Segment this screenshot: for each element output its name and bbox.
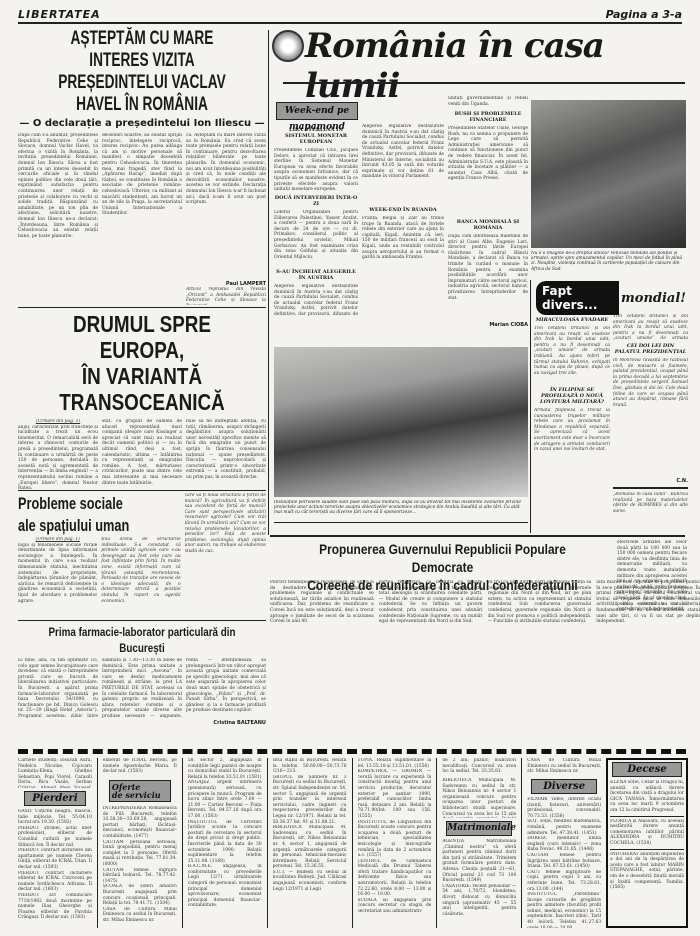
classified-ad: GRUPUL de Șantiere nr. 3 București cu se… [273, 775, 347, 825]
classified-ad: ÎNTREPRINDEREA Românească de Pilă Bucure… [103, 806, 177, 840]
classified-ad: S.U.T. — Budești cu sediul în localitate… [273, 870, 347, 892]
havel-col-3: că. Așteptăm cu mare interes vizita sa î… [186, 133, 266, 281]
item-text: Președintele Statelor Unite, George Bush… [448, 126, 528, 216]
source-note: „România în casa lumii”. Rubrică realiza… [613, 492, 688, 512]
photo-saudi-soldier [274, 347, 528, 497]
classified-ad: 58, sector 2, angajează în condițiile le… [188, 758, 262, 780]
weekend-box: Week-end pe mapamond [276, 102, 358, 120]
masthead: LIBERTATEA [18, 8, 101, 21]
classified-ad: TUPIA. Relații suplimentare la tel. 13.5… [358, 758, 432, 769]
havel-col-1: După cum s-a anunțat, președintele Repub… [18, 133, 98, 305]
farmacie-col-2: sâmbăta și 7.30—13.30 în zilele de dumin… [102, 658, 182, 720]
drumul-headline-2: ÎN VARIANTĂ TRANSOCEANICĂ [40, 363, 243, 415]
havel-headline-1: AȘTEPTĂM CU MARE INTERES VIZITA [53, 28, 232, 72]
havel-col-2: deosebiri noastre, au existat sprijin re… [102, 133, 182, 305]
classifieds-col-1: Carnete studenți: Iosuvan Aura, Nedelcu … [18, 758, 92, 928]
feature-col-2: Alegerile legislative desfășurate dumini… [362, 124, 444, 334]
probleme-article: Probleme sociale ale spațiului uman (Urm… [18, 493, 266, 637]
page-number: Pagina a 3-a [606, 8, 682, 21]
classified-ad: CAUTĂM persoană serioasă, bună gospodină… [103, 840, 177, 868]
classified-ad: BIBLIOTECA Municipală M. Sadoveanu cu se… [273, 825, 347, 870]
diverse-header: Diverse [531, 779, 597, 794]
havel-article: AȘTEPTĂM CU MARE INTERES VIZITA PREȘEDIN… [18, 28, 266, 305]
farmacie-author: Cristina BALTEANU [18, 720, 266, 726]
obituary: ELENA soție, Cezar și Dragoș fii, anunță… [610, 780, 684, 814]
farmacie-col-1: Ei bine, iată, că tim optimiști! Ici, co… [18, 658, 98, 720]
rule [274, 522, 528, 523]
fapt-divers-title-b: mondial! [621, 291, 686, 306]
item-head: LIRA STERLINĂ ÎN SISTEMUL MONETAR EUROPE… [274, 127, 358, 145]
item-text: Franța, Belgia și Zair au trimis trupe î… [362, 216, 444, 326]
drumul-headline-1: DRUMUL SPRE EUROPA, [40, 311, 243, 363]
havel-source-note: Articol reprodus din revista „Orizont” a… [186, 287, 266, 305]
classifieds-col-5: TUPIA. Relații suplimentare la tel. 13.5… [358, 758, 432, 928]
coreea-col-3: va trăi ca una dintre părți să impună vo… [488, 580, 592, 690]
classifieds-col-3: 58, sector 2, angajează în condițiile le… [188, 758, 262, 928]
havel-subhead: — O declarație a președintelui Ion Ilies… [18, 118, 266, 129]
item-head: DOUĂ INTERVEDERI ÎNTR-O ZI [274, 195, 358, 207]
classifieds-col-6: de 2 ani; paznic; muncitori necalificați… [442, 758, 516, 928]
coreea-col-5: efectivele armatei ale celor două părți … [617, 540, 687, 690]
classified-ad: GĂSIT Cuțiche neagră, mascul, talie mijl… [18, 809, 92, 826]
feature-col-1: LIRA STERLINĂ ÎN SISTEMUL MONETAR EUROPE… [274, 124, 358, 334]
header-rule [18, 22, 682, 24]
lead-text: unități guvernamentale și rebeli veniți … [448, 96, 528, 108]
classified-ad: Carnete studenți: Iosuvan Aura, Nedelcu … [18, 758, 92, 788]
decese-box: Decese ELENA soție, Cezar și Dragoș fii,… [606, 758, 688, 928]
feature-author: Marian CIOBA [448, 322, 528, 328]
item-text: Liderul Organizației pentru Eliberarea P… [274, 210, 358, 266]
item-head: ÎN FILIPINE SE PROFILEAZĂ O NOUĂ LOVITUR… [534, 387, 610, 405]
classified-ad: CAUTĂM femeie pentru îngrijirea unei băt… [527, 853, 601, 870]
fapt-divers-title-a: Fapt divers... [536, 281, 619, 315]
obituary: FLORICA și Anișoara, cu aceeași nesfârși… [610, 819, 684, 847]
classified-ad: SOȚ, soție, meditez matematică, română, … [527, 819, 601, 836]
classified-ad: ȘCOALA de șoferi amatori București angaj… [103, 884, 177, 906]
classified-ad: R.A.C.M.E. angajează, în conformitate cu… [188, 864, 262, 909]
item-text: Armata filipineză a trecut la cunoaștere… [534, 408, 610, 534]
item-text-cont: Trei cetățeni britanici și doi americani… [613, 314, 688, 340]
photo-2-caption: Instalațiile petroliere saudite sunt pus… [274, 500, 528, 520]
classified-ad: PIERDUT contract închiriere eliberat de … [18, 871, 92, 893]
feature-col-3: unități guvernamentale și rebeli veniți … [448, 96, 528, 336]
column-divider [530, 280, 531, 533]
fapt-col-1: MIRACULOASA EVADARE Trei cetățeni britan… [534, 314, 610, 532]
matrimoniale-header: Matrimoniale [446, 821, 512, 836]
classified-ad: PIERDUT act comunicare 7718/1982 două mo… [18, 893, 92, 921]
coreea-headline-1: Propunerea Guvernului Republicii Popular… [296, 540, 589, 576]
item-head: BUSH ȘI PROBLEMELE FINANCIARE [448, 111, 528, 123]
oferte-label-2: de serviciu [112, 791, 168, 799]
probleme-headline: Probleme sociale ale spațiului uman [18, 493, 140, 537]
classified-ad: CĂSĂTORIE: recent pensionar — 54 ani, 1,… [442, 884, 516, 918]
classified-ad: AGENȚIA Matrimonială „Căminul nostru” vă… [442, 839, 516, 884]
classified-ad: BIBLIOTECA Municipală M. Sadoveanu cu se… [442, 778, 516, 818]
farmacie-col-3: rență — intenționează să prelungească în… [186, 658, 266, 720]
column-divider [268, 30, 269, 535]
classified-ad: INSTITUTUL de Lingvistică din București … [358, 820, 432, 859]
classified-ad: FILMĂRI video, diferite ocazii (nunți, b… [527, 797, 601, 819]
probleme-col-3: care va fi noua structură a forței de mu… [185, 493, 266, 617]
rule [18, 490, 266, 491]
item-text: În Monrovia răvășită de războiul civil, … [613, 358, 688, 478]
rule [270, 535, 685, 537]
farmacie-article: Prima farmacie-laborator particulară din… [18, 624, 266, 726]
classified-ad: CASA de Cultură Mihai Eminescu cu sediul… [527, 758, 601, 776]
classified-ad: INSTITUTUL de Cercetări Juridice scoate … [188, 820, 262, 865]
havel-headline-2: PREȘEDINTELUI VACLAV HAVEL ÎN ROMÂNIA [53, 72, 232, 116]
farmacie-headline: Prima farmacie-laborator particulară din… [40, 624, 243, 656]
classified-ad: CAUT femeie îngrijitoare de copii, pentr… [527, 870, 601, 892]
decese-header: Decese [612, 762, 682, 777]
rule [613, 487, 688, 489]
classified-ad: ȘCOALA își angajează prin concurs secret… [358, 898, 432, 915]
item-text: Alegerile legislative desfășurate dumini… [274, 284, 358, 318]
classifieds-col-7: CASA de Cultură Mihai Eminescu cu sediul… [527, 758, 601, 928]
item-text: După cum informează Buletinul de știri a… [448, 234, 528, 322]
rule [18, 620, 266, 621]
item-head: WEEK-END ÎN RUANDA [362, 207, 444, 213]
feature-title: România în casa lumii [305, 26, 700, 106]
feature-rule [283, 82, 685, 84]
photo-1-caption: Nu e o imagine de-a dreptul idilică? Veh… [531, 251, 686, 273]
classifieds: Carnete studenți: Iosuvan Aura, Nedelcu … [18, 758, 688, 928]
obituary: ÎNDURERAT anunțăm împlinirea a doi ani d… [610, 852, 684, 891]
rule [18, 307, 266, 308]
classified-ad: CASA de Cultură Mihai Eminescu cu sediul… [103, 907, 177, 924]
classified-ad: DORESC meditator limba engleză (curs int… [527, 836, 601, 853]
item-head: MIRACULOASA EVADARE [534, 317, 610, 323]
globe-icon [272, 30, 304, 62]
fapt-author: C.N. [613, 478, 688, 484]
classifieds-col-2: eliberat de ICRAL Berceni, pe numele Apo… [103, 758, 177, 928]
item-text: Trei cetățeni britanici și doi americani… [534, 326, 610, 384]
item-head: BANCA MONDIALĂ ȘI ROMÂNIA [448, 219, 528, 231]
classifieds-col-4: situl stabil în București. Relații la te… [273, 758, 347, 928]
item-text-cont: Alegerile legislative desfășurate dumini… [362, 124, 444, 204]
classified-ad: eliberat de ICRAL Berceni, pe numele Apo… [103, 758, 177, 776]
item-head: CEI DOI LEI DIN PALATUL PREZIDENȚIAL [613, 343, 688, 355]
item-head: S-AU ÎNCHEIAT ALEGERILE ÎN AUSTRIA [274, 269, 358, 281]
classified-ad: INSTITUTUL „Parentinea” începe cursurile… [527, 892, 601, 928]
classifieds-divider [18, 749, 686, 754]
classified-ad: de 2 ani; paznic; muncitori necalificați… [442, 758, 516, 778]
pierderi-header: Pierderi [24, 791, 86, 806]
classified-ad: KOMPETROL — GROMIN — cerută lucrare cu e… [358, 769, 432, 819]
classified-ad: CENTRUL de Gimnastică Medicală din Drumu… [358, 859, 432, 898]
fapt-col-2: Trei cetățeni britanici și doi americani… [613, 314, 688, 532]
probleme-col-2: țina arenă de structurile individuale. S… [101, 537, 180, 637]
coreea-col-2: partea respectivă, cu condiția ca fiecar… [379, 580, 483, 690]
oferte-header: Oferte de serviciu [109, 780, 171, 802]
classified-ad: ANGAJEZ urgent infirmieră (pensionară) s… [188, 780, 262, 819]
classified-ad: CAUTĂM femeie îngrijire bătrână bolnavă.… [103, 868, 177, 885]
item-text: Președintele Comisiei CEE, Jacques Delor… [274, 148, 358, 192]
fapt-divers-header: Fapt divers... mondial! [536, 287, 686, 309]
photo-south-africa [531, 100, 686, 248]
coreea-col-1: Potrivit tendințelor de reconciliere, de… [270, 580, 374, 690]
classified-ad: PIERDUT contract închiriere din apartame… [18, 848, 92, 870]
classified-ad: PIERDUT ștrăbel, actul liber profesionis… [18, 826, 92, 848]
classified-ad: situl stabil în București. Relații la te… [273, 758, 347, 775]
